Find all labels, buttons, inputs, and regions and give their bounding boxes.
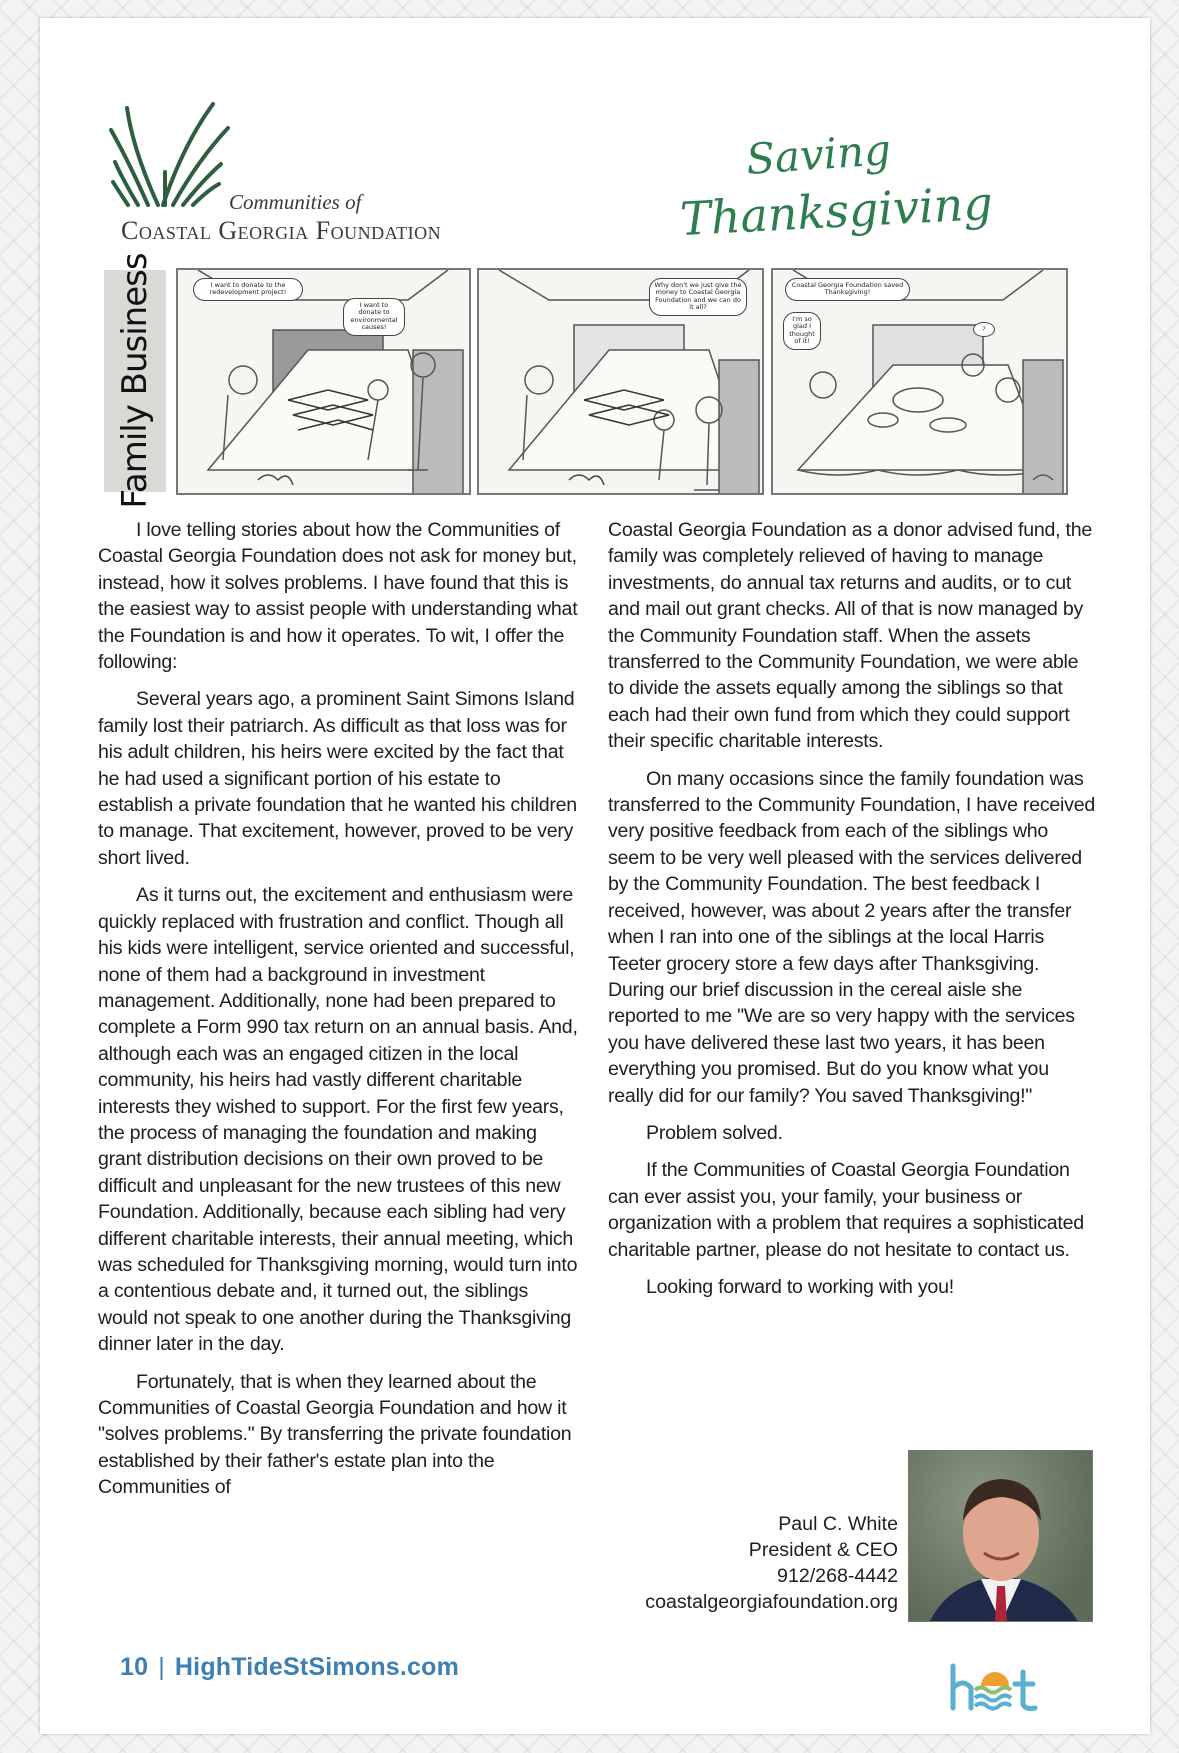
author-name: Paul C. White [538,1511,898,1537]
portrait-illustration [909,1451,1093,1622]
author-signature: Paul C. White President & CEO 912/268-44… [538,1511,898,1615]
paragraph: Coastal Georgia Foundation as a donor ad… [608,517,1098,755]
comic-panel-1: I want to donate to the redevelopment pr… [176,268,471,495]
paragraph: On many occasions since the family found… [608,766,1098,1109]
logo-line-foundation: Coastal Georgia Foundation [121,216,441,246]
article-column-right: Coastal Georgia Foundation as a donor ad… [608,517,1098,1311]
paragraph: Fortunately, that is when they learned a… [98,1369,578,1501]
footer-site-link[interactable]: HighTideStSimons.com [175,1653,459,1681]
footer-separator: | [158,1653,165,1681]
comic-illustration-1 [178,270,471,495]
title-line-1: Saving [744,125,892,184]
speech-bubble: I'm so glad I thought of it! [783,312,821,350]
speech-bubble: I want to donate to the redevelopment pr… [193,278,303,301]
hat-logo [945,1658,1045,1718]
magazine-page: Communities of Coastal Georgia Foundatio… [40,18,1150,1734]
hat-logo-icon [945,1658,1045,1718]
paragraph: Looking forward to working with you! [608,1274,1098,1300]
comic-series-tab: Family Business [104,270,166,492]
speech-bubble: Coastal Georgia Foundation saved Thanksg… [785,278,910,301]
paragraph: If the Communities of Coastal Georgia Fo… [608,1157,1098,1263]
paragraph: As it turns out, the excitement and enth… [98,882,578,1357]
logo-line-communities: Communities of [229,190,361,215]
paragraph: I love telling stories about how the Com… [98,517,578,675]
author-website[interactable]: coastalgeorgiafoundation.org [538,1589,898,1615]
article-column-left: I love telling stories about how the Com… [98,517,578,1512]
comic-panel-2: Why don't we just give the money to Coas… [477,268,764,495]
comic-strip: Family Business I want to donate to the … [104,268,1082,495]
page-footer: 10|HighTideStSimons.com [120,1653,459,1682]
author-title: President & CEO [538,1537,898,1563]
foundation-logo: Communities of Coastal Georgia Foundatio… [103,90,503,250]
portrait-photo [908,1450,1093,1622]
paragraph: Several years ago, a prominent Saint Sim… [98,686,578,871]
page-number: 10 [120,1653,148,1681]
paragraph: Problem solved. [608,1120,1098,1146]
speech-bubble: Why don't we just give the money to Coas… [649,278,747,316]
comic-panel-3: Coastal Georgia Foundation saved Thanksg… [771,268,1068,495]
grass-icon [103,90,233,210]
comic-illustration-3 [773,270,1068,495]
comic-series-title: Family Business [115,253,155,508]
author-phone: 912/268-4442 [538,1563,898,1589]
article-title: Saving Thanksgiving [680,118,980,258]
title-line-2: Thanksgiving [679,176,994,246]
speech-bubble: I want to donate to environmental causes… [343,298,405,336]
